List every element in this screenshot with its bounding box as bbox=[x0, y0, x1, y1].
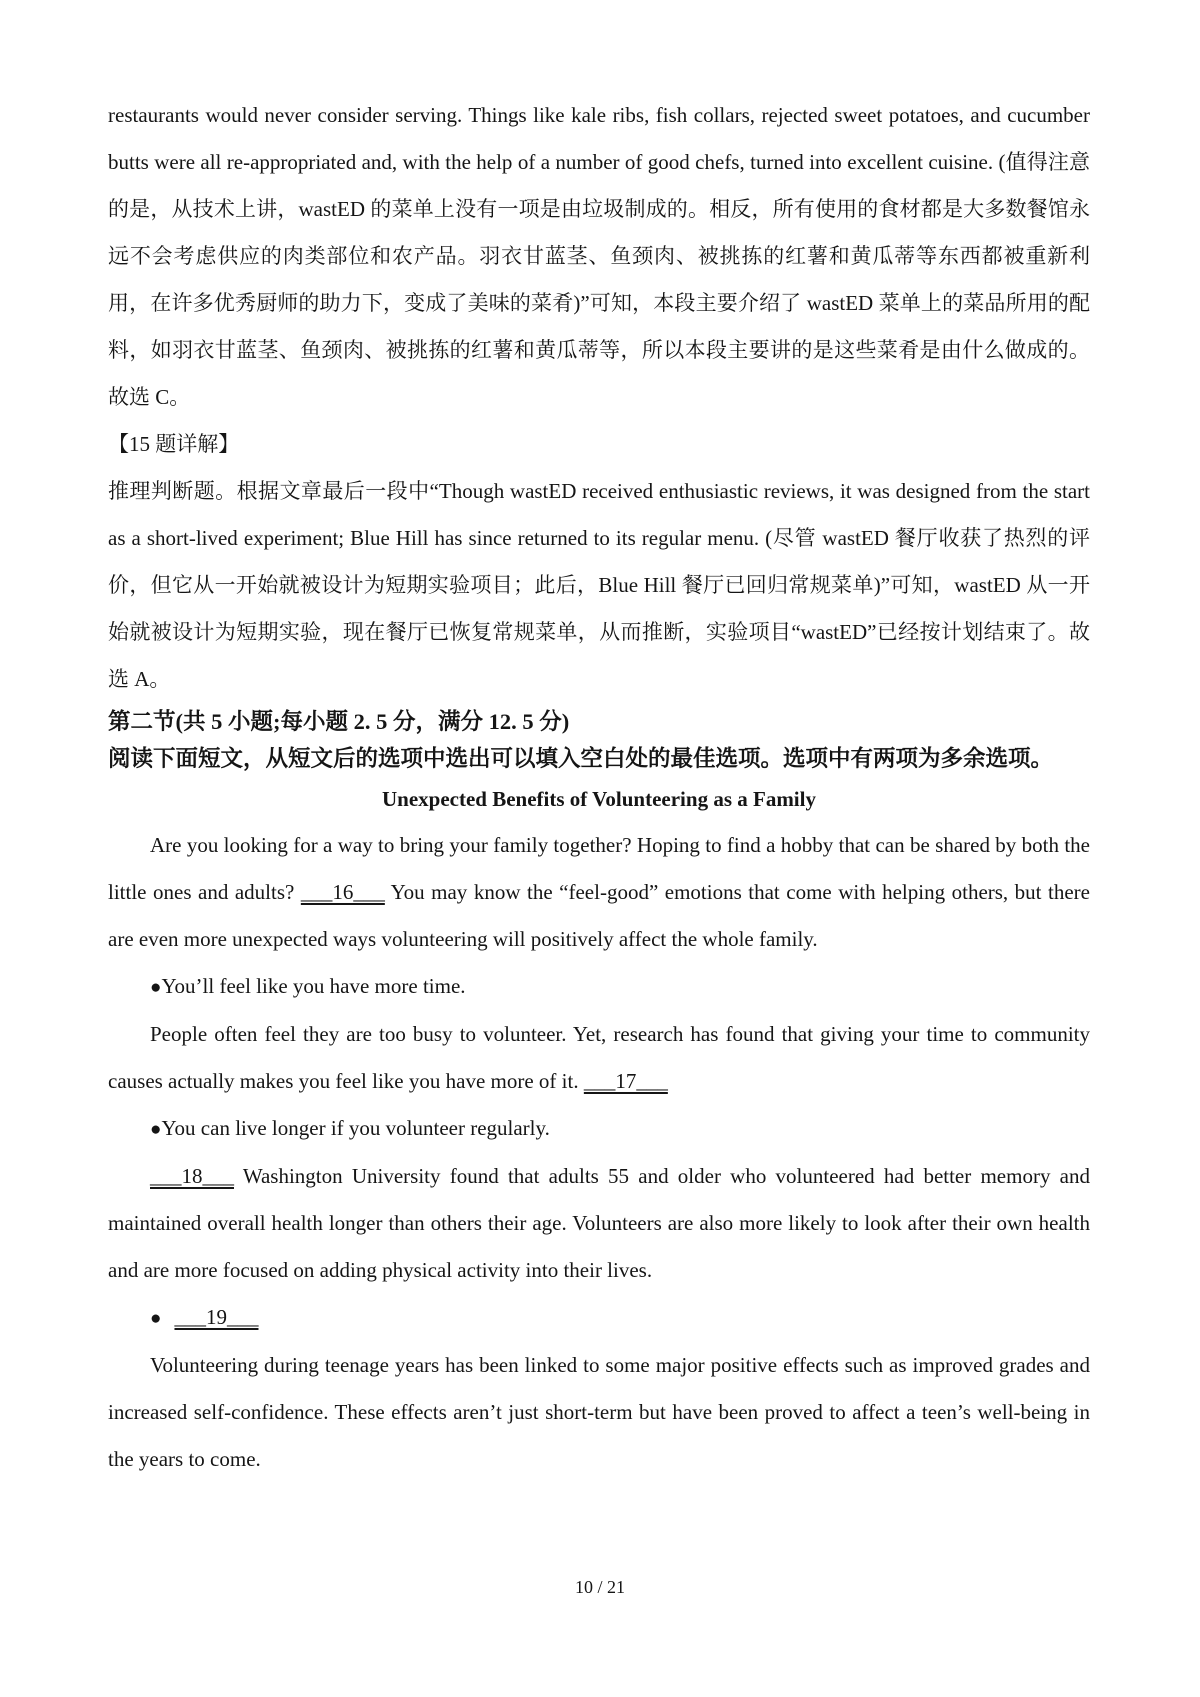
answer-15-paragraph: 推理判断题。根据文章最后一段中“Though wastED received e… bbox=[108, 468, 1090, 703]
blank-17: ___17___ bbox=[584, 1069, 668, 1093]
passage-paragraph-1: Are you looking for a way to bring your … bbox=[108, 822, 1090, 963]
answer-14-paragraph: restaurants would never consider serving… bbox=[108, 92, 1090, 421]
passage-paragraph-3: ___18___ Washington University found tha… bbox=[108, 1153, 1090, 1294]
bullet-point-3: ●___19___ bbox=[108, 1294, 1090, 1342]
bullet-point-1: ●You’ll feel like you have more time. bbox=[108, 963, 1090, 1011]
passage-paragraph-4: Volunteering during teenage years has be… bbox=[108, 1342, 1090, 1483]
section-2-instruction: 阅读下面短文，从短文后的选项中选出可以填入空白处的最佳选项。选项中有两项为多余选… bbox=[108, 740, 1090, 777]
page-number: 10 / 21 bbox=[0, 1565, 1200, 1610]
passage-title: Unexpected Benefits of Volunteering as a… bbox=[108, 777, 1090, 822]
bullet-point-2-text: You can live longer if you volunteer reg… bbox=[161, 1116, 549, 1140]
section-2-heading: 第二节(共 5 小题;每小题 2. 5 分，满分 12. 5 分) bbox=[108, 703, 1090, 740]
blank-18: ___18___ bbox=[150, 1164, 234, 1188]
bullet-point-2: ●You can live longer if you volunteer re… bbox=[108, 1105, 1090, 1153]
bullet-icon: ● bbox=[150, 1119, 161, 1140]
bullet-icon: ● bbox=[150, 977, 161, 998]
document-page: restaurants would never consider serving… bbox=[0, 0, 1200, 1697]
bullet-icon: ● bbox=[150, 1308, 161, 1329]
blank-16: ___16___ bbox=[301, 880, 385, 904]
paragraph-3-text-after-blank: Washington University found that adults … bbox=[108, 1164, 1090, 1282]
answer-15-heading: 【15 题详解】 bbox=[108, 421, 1090, 468]
section-2-block: 第二节(共 5 小题;每小题 2. 5 分，满分 12. 5 分) 阅读下面短文… bbox=[108, 703, 1090, 777]
blank-19: ___19___ bbox=[174, 1305, 258, 1329]
bullet-point-1-text: You’ll feel like you have more time. bbox=[161, 974, 465, 998]
passage-paragraph-2: People often feel they are too busy to v… bbox=[108, 1011, 1090, 1105]
